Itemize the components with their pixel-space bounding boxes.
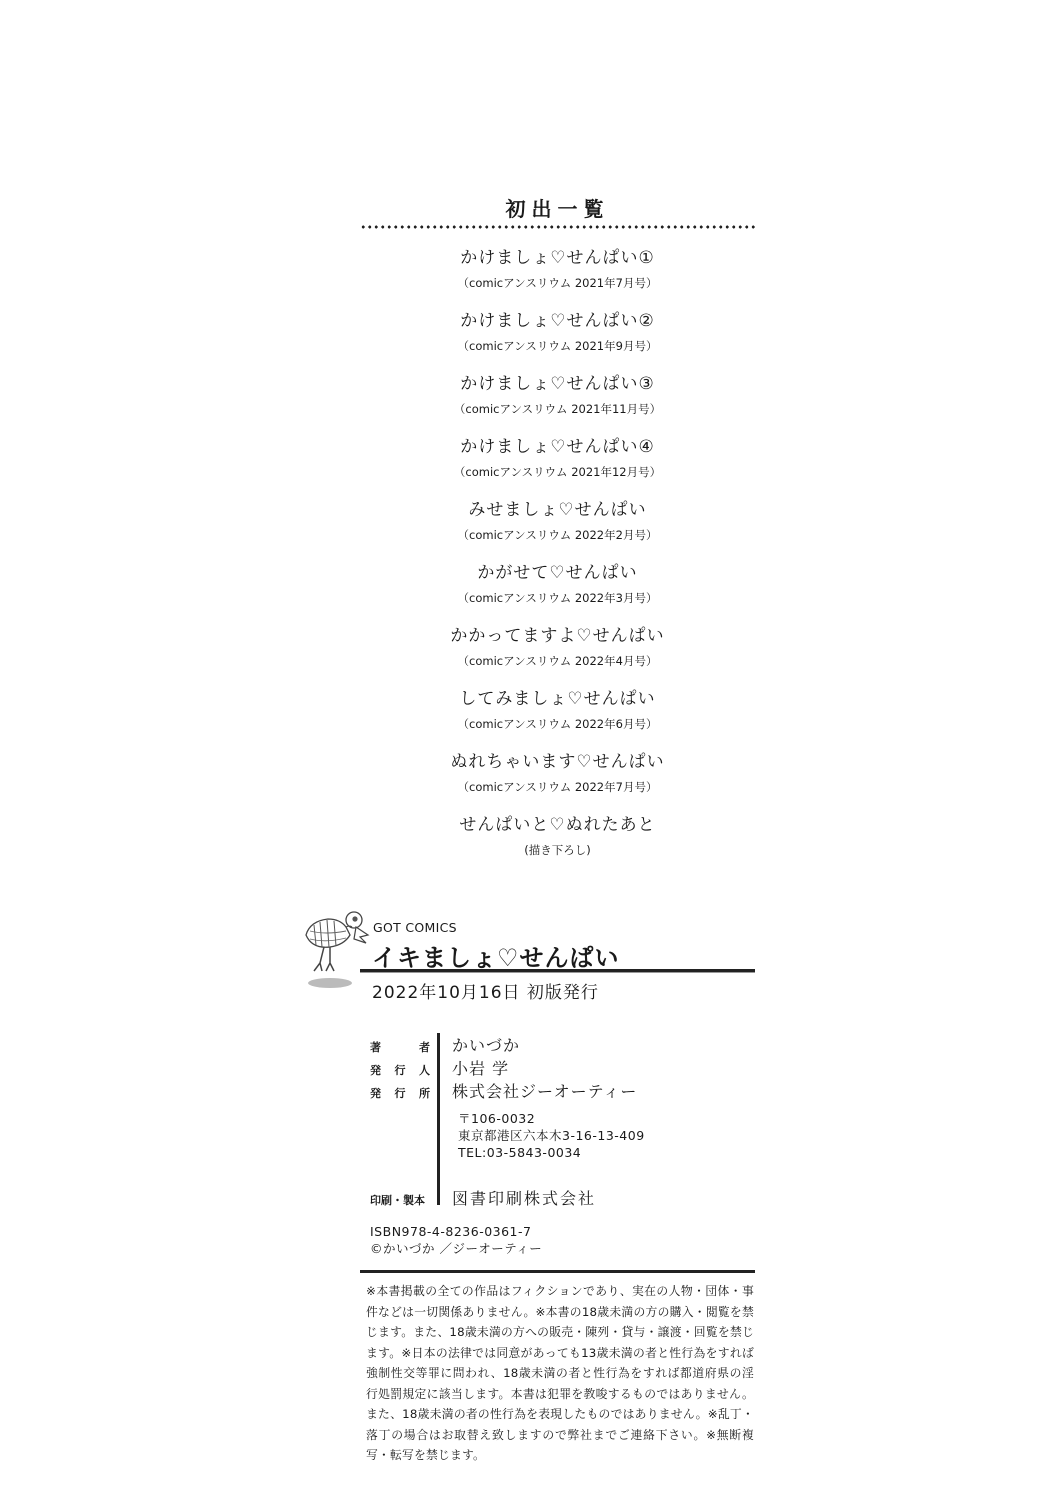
isbn-block: ISBN978-4-8236-0361-7 ©かいづか ／ジーオーティー: [370, 1223, 542, 1257]
entry-source: （comicアンスリウム 2022年7月号）: [360, 777, 755, 797]
street-address: 東京都港区六本木3-16-13-409: [458, 1127, 645, 1144]
label-char: 者: [419, 1039, 430, 1055]
entry-source: （comicアンスリウム 2022年2月号）: [360, 525, 755, 545]
publisher-brand: GOT COMICS: [373, 920, 457, 935]
entry-source: (描き下ろし): [360, 840, 755, 860]
credit-row-publisher-company: 発 行 所 株式会社ジーオーティー: [370, 1079, 637, 1102]
credit-value: 小岩 学: [452, 1056, 509, 1079]
list-item: かけましょ♡せんぱい④ （comicアンスリウム 2021年12月号）: [360, 435, 755, 498]
entry-source: （comicアンスリウム 2021年11月号）: [360, 399, 755, 419]
entry-title: かけましょ♡せんぱい①: [360, 246, 755, 270]
list-item: してみましょ♡せんぱい （comicアンスリウム 2022年6月号）: [360, 687, 755, 750]
label-char: 人: [419, 1062, 430, 1078]
entry-title: してみましょ♡せんぱい: [360, 687, 755, 711]
entry-title: かけましょ♡せんぱい③: [360, 372, 755, 396]
list-item: せんぱいと♡ぬれたあと (描き下ろし): [360, 813, 755, 876]
publish-date: 2022年10月16日 初版発行: [372, 978, 599, 1003]
first-appearance-heading: 初出一覧: [360, 193, 755, 222]
label-char: 所: [419, 1085, 430, 1101]
entry-source: （comicアンスリウム 2021年12月号）: [360, 462, 755, 482]
entry-source: （comicアンスリウム 2021年7月号）: [360, 273, 755, 293]
postal-code: 〒106-0032: [458, 1110, 645, 1127]
first-appearance-list: かけましょ♡せんぱい① （comicアンスリウム 2021年7月号） かけましょ…: [360, 246, 755, 876]
phone-number: TEL:03-5843-0034: [458, 1144, 645, 1161]
list-item: みせましょ♡せんぱい （comicアンスリウム 2022年2月号）: [360, 498, 755, 561]
entry-source: （comicアンスリウム 2021年9月号）: [360, 336, 755, 356]
list-item: かけましょ♡せんぱい② （comicアンスリウム 2021年9月号）: [360, 309, 755, 372]
book-title: イキましょ♡せんぱい: [372, 938, 620, 973]
list-item: かけましょ♡せんぱい③ （comicアンスリウム 2021年11月号）: [360, 372, 755, 435]
entry-title: みせましょ♡せんぱい: [360, 498, 755, 522]
credit-value: 株式会社ジーオーティー: [452, 1079, 637, 1102]
label-char: 発: [370, 1062, 381, 1078]
copyright: ©かいづか ／ジーオーティー: [370, 1240, 542, 1257]
title-divider: [360, 969, 755, 973]
credit-label: 発 行 所: [370, 1085, 430, 1101]
entry-source: （comicアンスリウム 2022年6月号）: [360, 714, 755, 734]
list-item: かがせて♡せんぱい （comicアンスリウム 2022年3月号）: [360, 561, 755, 624]
credit-row-publisher-person: 発 行 人 小岩 学: [370, 1056, 637, 1079]
legal-notice: ※本書掲載の全ての作品はフィクションであり、実在の人物・団体・事件などは一切関係…: [366, 1281, 754, 1466]
entry-title: かけましょ♡せんぱい②: [360, 309, 755, 333]
entry-title: かがせて♡せんぱい: [360, 561, 755, 585]
credit-row-author: 著 者 かいづか: [370, 1033, 637, 1056]
credit-row-printer: 印刷・製本 図書印刷株式会社: [370, 1186, 596, 1209]
credit-label: 著 者: [370, 1039, 430, 1055]
publisher-address: 〒106-0032 東京都港区六本木3-16-13-409 TEL:03-584…: [458, 1110, 645, 1161]
entry-source: （comicアンスリウム 2022年4月号）: [360, 651, 755, 671]
credits-table: 著 者 かいづか 発 行 人 小岩 学 発 行 所 株式会社ジーオーティー: [370, 1033, 637, 1102]
label-char: 著: [370, 1039, 381, 1055]
list-item: かかってますよ♡せんぱい （comicアンスリウム 2022年4月号）: [360, 624, 755, 687]
list-item: ぬれちゃいます♡せんぱい （comicアンスリウム 2022年7月号）: [360, 750, 755, 813]
entry-title: せんぱいと♡ぬれたあと: [360, 813, 755, 837]
entry-title: かかってますよ♡せんぱい: [360, 624, 755, 648]
credits-vertical-divider: [437, 1033, 440, 1205]
credit-value: 図書印刷株式会社: [452, 1186, 596, 1209]
credit-value: かいづか: [452, 1033, 520, 1056]
label-char: 発: [370, 1085, 381, 1101]
notice-divider: [360, 1270, 755, 1273]
label-char: 行: [395, 1085, 406, 1101]
label-char: 行: [395, 1062, 406, 1078]
entry-title: ぬれちゃいます♡せんぱい: [360, 750, 755, 774]
entry-source: （comicアンスリウム 2022年3月号）: [360, 588, 755, 608]
credit-label: 発 行 人: [370, 1062, 430, 1078]
dotted-divider: [360, 224, 755, 230]
credit-label: 印刷・製本: [370, 1192, 432, 1208]
list-item: かけましょ♡せんぱい① （comicアンスリウム 2021年7月号）: [360, 246, 755, 309]
bird-logo-icon: [300, 905, 370, 990]
entry-title: かけましょ♡せんぱい④: [360, 435, 755, 459]
isbn: ISBN978-4-8236-0361-7: [370, 1223, 542, 1240]
